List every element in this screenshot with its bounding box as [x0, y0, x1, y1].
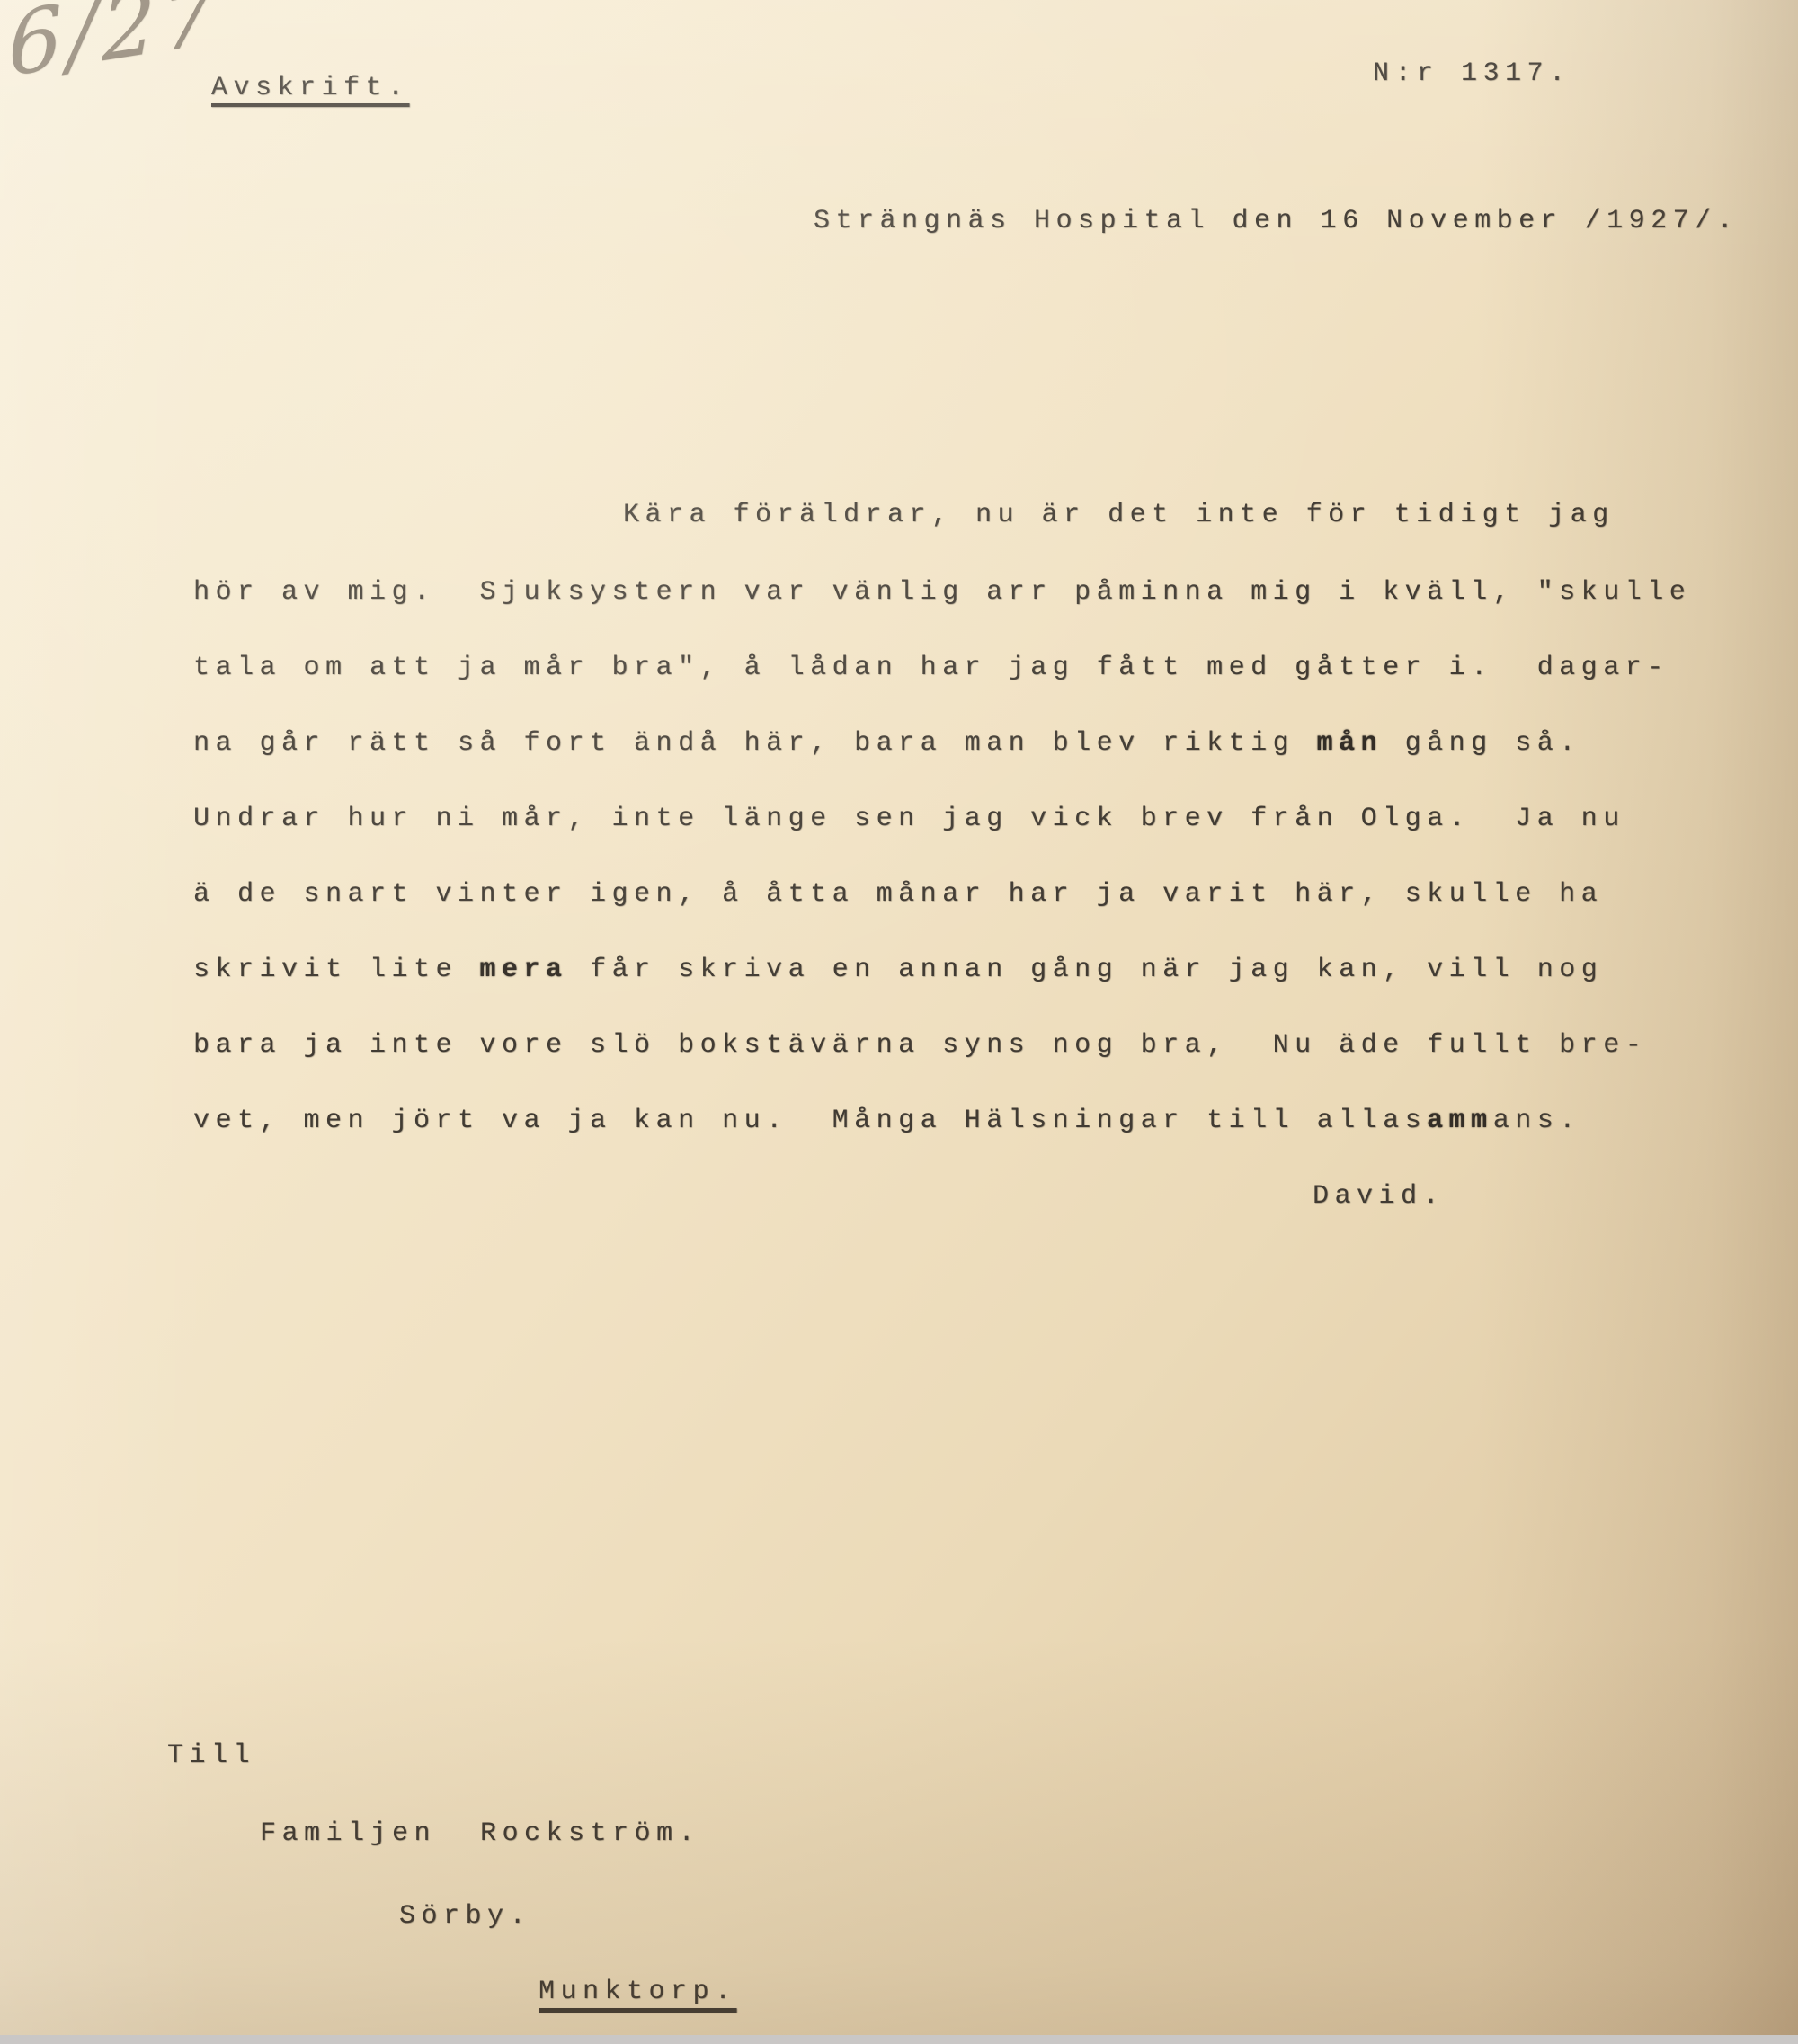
letter-line: skrivit lite mera får skriva en annan gå…	[193, 952, 1603, 988]
photo-bottom-edge	[0, 2035, 1798, 2044]
overtyped-word: mån	[1317, 728, 1384, 759]
letter-line: Kära föräldrar, nu är det inte för tidig…	[623, 497, 1615, 533]
letter-line: na går rätt så fort ändå här, bara man b…	[193, 725, 1581, 761]
photo-vignette	[0, 0, 1798, 2044]
letter-line: ä de snart vinter igen, å åtta månar har…	[193, 876, 1603, 912]
letter-line: Undrar hur ni mår, inte länge sen jag vi…	[193, 801, 1625, 837]
letter-photo: 6/27 Avskrift. N:r 1317. Strängnäs Hospi…	[0, 0, 1798, 2044]
recipient-posttown: Munktorp.	[539, 1974, 737, 2010]
letter-text: Undrar hur ni mår, inte länge sen jag vi…	[193, 804, 1625, 834]
letter-text: Kära föräldrar, nu är det inte för tidig…	[623, 500, 1615, 530]
letter-text: tala om att ja mår bra", å lådan har jag…	[193, 653, 1669, 683]
letter-text: vet, men jört va ja kan nu. Många Hälsni…	[193, 1106, 1427, 1136]
letter-line: tala om att ja mår bra", å lådan har jag…	[193, 650, 1669, 686]
dateline: Strängnäs Hospital den 16 November /1927…	[814, 203, 1739, 239]
letter-line: bara ja inte vore slö bokstävärna syns n…	[193, 1027, 1647, 1063]
overtyped-word: mera	[480, 955, 568, 985]
letter-text: skrivit lite	[193, 955, 480, 985]
letter-text: hör av mig. Sjuksystern var vänlig arr p…	[193, 577, 1691, 608]
letter-text: ä de snart vinter igen, å åtta månar har…	[193, 879, 1603, 910]
letter-text: får skriva en annan gång när jag kan, vi…	[568, 955, 1604, 985]
document-type-label: Avskrift.	[211, 70, 410, 106]
recipient-place: Sörby.	[399, 1898, 531, 1934]
pencil-archive-note: 6/27	[7, 0, 222, 96]
letter-line: hör av mig. Sjuksystern var vänlig arr p…	[193, 574, 1691, 610]
recipient-family: Familjen Rockström.	[260, 1816, 700, 1852]
letter-text: ans.	[1493, 1106, 1581, 1136]
reference-number: N:r 1317.	[1373, 56, 1571, 92]
signature: David.	[1313, 1178, 1445, 1214]
letter-line: vet, men jört va ja kan nu. Många Hälsni…	[193, 1103, 1581, 1139]
recipient-to: Till	[167, 1737, 255, 1773]
letter-text: na går rätt så fort ändå här, bara man b…	[193, 728, 1317, 759]
letter-text: bara ja inte vore slö bokstävärna syns n…	[193, 1030, 1647, 1061]
letter-text: gång så.	[1383, 728, 1581, 759]
overtyped-word: amm	[1427, 1106, 1493, 1136]
